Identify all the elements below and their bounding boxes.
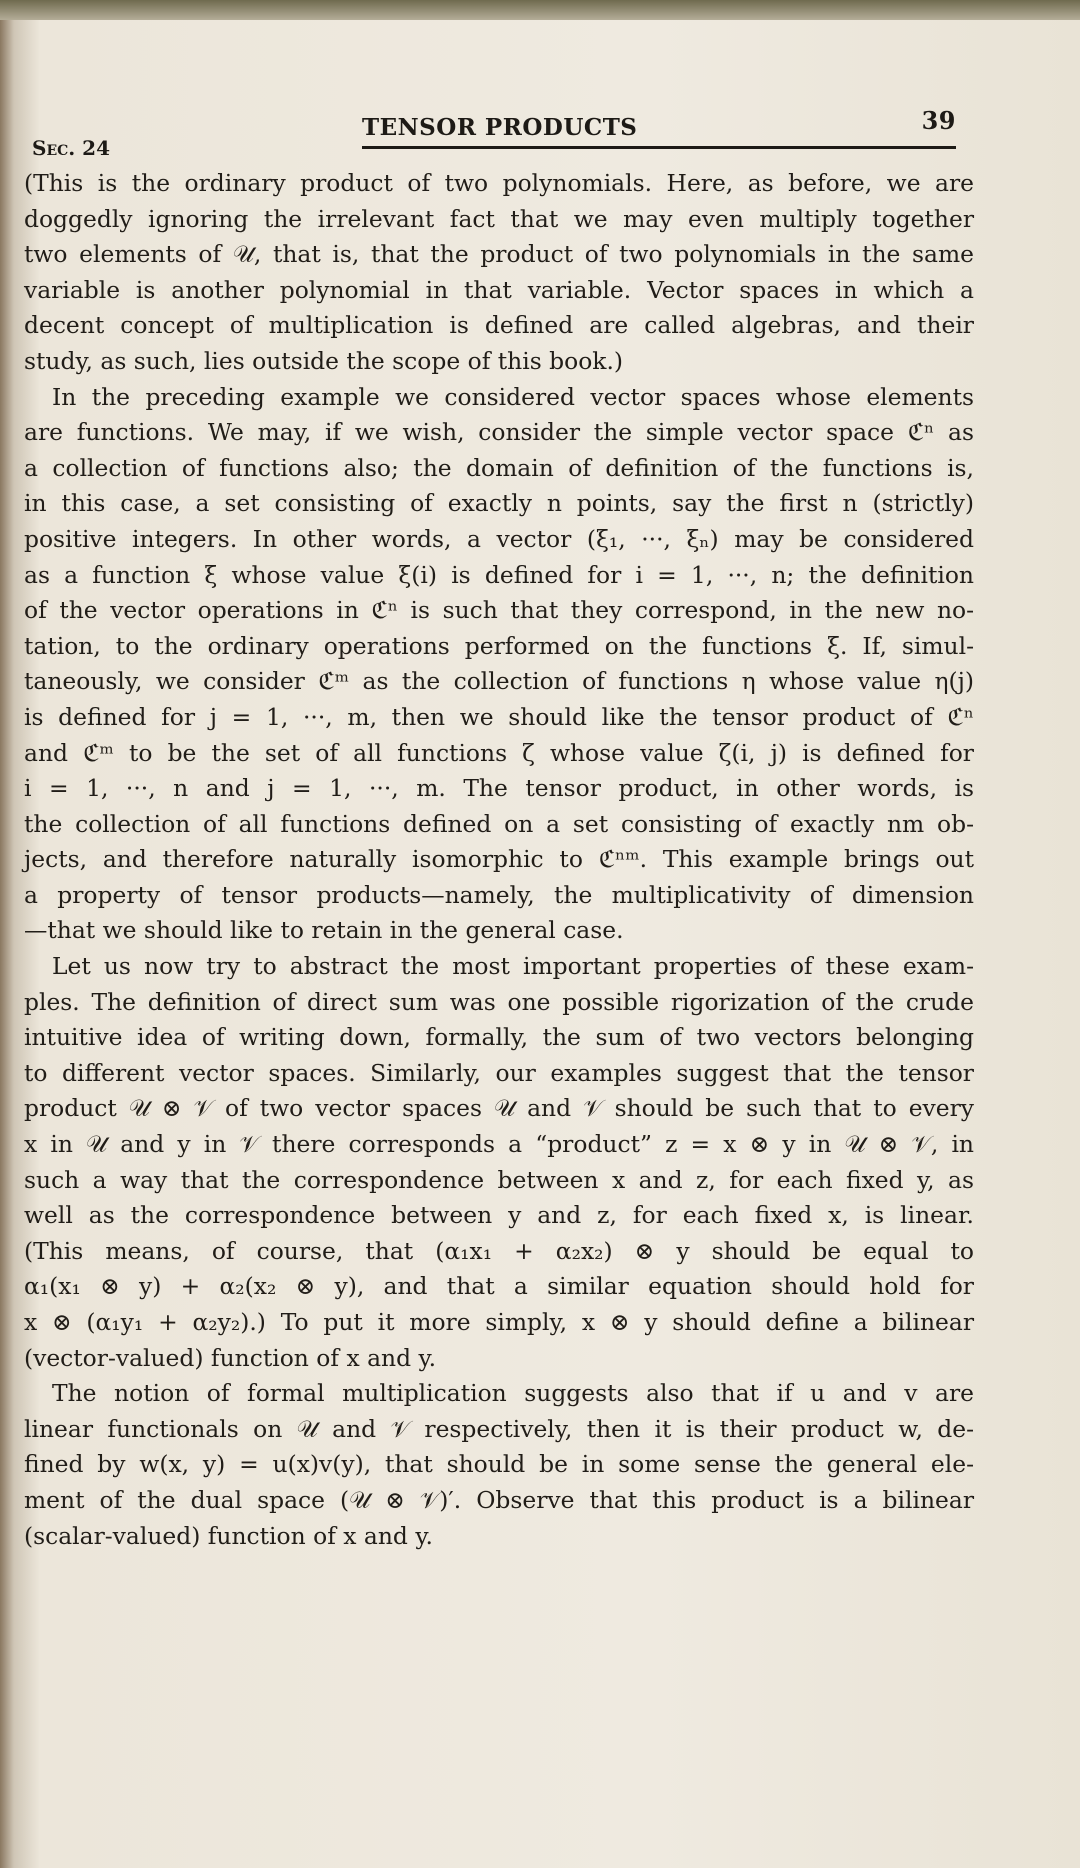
text-line: as a function ξ whose value ξ(i) is defi… (24, 558, 974, 594)
text-line: ples. The definition of direct sum was o… (24, 985, 974, 1021)
text-line: product 𝒰 ⊗ 𝒱 of two vector spaces 𝒰 and… (24, 1091, 974, 1127)
text-line: (This is the ordinary product of two pol… (24, 166, 974, 202)
text-line: a collection of functions also; the doma… (24, 451, 974, 487)
text-line: In the preceding example we considered v… (24, 380, 974, 416)
text-line: doggedly ignoring the irrelevant fact th… (24, 202, 974, 238)
text-line: are functions. We may, if we wish, consi… (24, 415, 974, 451)
text-line: the collection of all functions defined … (24, 807, 974, 843)
text-line: such a way that the correspondence betwe… (24, 1163, 974, 1199)
text-line: i = 1, ···, n and j = 1, ···, m. The ten… (24, 771, 974, 807)
text-line: variable is another polynomial in that v… (24, 273, 974, 309)
text-line: —that we should like to retain in the ge… (24, 913, 974, 949)
text-line: α₁(x₁ ⊗ y) + α₂(x₂ ⊗ y), and that a simi… (24, 1269, 974, 1305)
text-line: is defined for j = 1, ···, m, then we sh… (24, 700, 974, 736)
text-line: (This means, of course, that (α₁x₁ + α₂x… (24, 1234, 974, 1270)
text-line: in this case, a set consisting of exactl… (24, 486, 974, 522)
text-line: (vector-valued) function of x and y. (24, 1341, 974, 1377)
text-line: jects, and therefore naturally isomorphi… (24, 842, 974, 878)
text-line: The notion of formal multiplication sugg… (24, 1376, 974, 1412)
paragraph: Let us now try to abstract the most impo… (24, 949, 974, 1376)
text-line: tation, to the ordinary operations perfo… (24, 629, 974, 665)
chapter-title: TENSOR PRODUCTS (362, 114, 637, 141)
page-number: 39 (922, 106, 956, 135)
text-line: to different vector spaces. Similarly, o… (24, 1056, 974, 1092)
running-header: TENSOR PRODUCTS 39 (362, 114, 956, 149)
text-line: a property of tensor products—namely, th… (24, 878, 974, 914)
text-line: of the vector operations in ℭⁿ is such t… (24, 593, 974, 629)
book-page: Sec. 24 TENSOR PRODUCTS 39 (This is the … (0, 0, 1080, 1868)
body-text: (This is the ordinary product of two pol… (24, 166, 974, 1554)
text-line: (scalar-valued) function of x and y. (24, 1519, 974, 1555)
text-line: fined by w(x, y) = u(x)v(y), that should… (24, 1447, 974, 1483)
text-line: Let us now try to abstract the most impo… (24, 949, 974, 985)
text-line: x ⊗ (α₁y₁ + α₂y₂).) To put it more simpl… (24, 1305, 974, 1341)
text-line: two elements of 𝒰, that is, that the pro… (24, 237, 974, 273)
text-line: positive integers. In other words, a vec… (24, 522, 974, 558)
text-line: study, as such, lies outside the scope o… (24, 344, 974, 380)
text-line: taneously, we consider ℭᵐ as the collect… (24, 664, 974, 700)
text-line: well as the correspondence between y and… (24, 1198, 974, 1234)
text-line: linear functionals on 𝒰 and 𝒱 respective… (24, 1412, 974, 1448)
page-edge-top (0, 0, 1080, 20)
paragraph: (This is the ordinary product of two pol… (24, 166, 974, 380)
text-line: decent concept of multiplication is defi… (24, 308, 974, 344)
paragraph: The notion of formal multiplication sugg… (24, 1376, 974, 1554)
paragraph: In the preceding example we considered v… (24, 380, 974, 950)
text-line: ment of the dual space (𝒰 ⊗ 𝒱)′. Observe… (24, 1483, 974, 1519)
section-label: Sec. 24 (32, 136, 110, 160)
text-line: intuitive idea of writing down, formally… (24, 1020, 974, 1056)
text-line: and ℭᵐ to be the set of all functions ζ … (24, 736, 974, 772)
text-line: x in 𝒰 and y in 𝒱 there corresponds a “p… (24, 1127, 974, 1163)
